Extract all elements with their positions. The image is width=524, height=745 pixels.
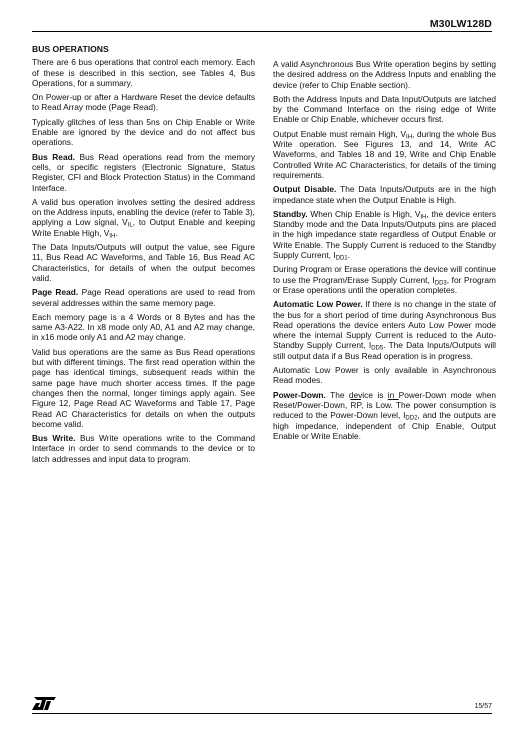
section-title: BUS OPERATIONS bbox=[32, 44, 255, 54]
paragraph: Automatic Low Power is only available in… bbox=[273, 365, 496, 386]
run-in-heading: Power-Down. bbox=[273, 390, 326, 400]
paragraph: Output Enable must remain High, VIH, dur… bbox=[273, 129, 496, 180]
paragraph: A valid Asynchronous Bus Write operation… bbox=[273, 59, 496, 90]
paragraph: On Power-up or after a Hardware Reset th… bbox=[32, 92, 255, 113]
paragraph: Typically glitches of less than 5ns on C… bbox=[32, 117, 255, 148]
paragraph-power-down: Power-Down. The device is in Power-Down … bbox=[273, 390, 496, 441]
paragraph-output-disable: Output Disable. The Data Inputs/Outputs … bbox=[273, 184, 496, 205]
paragraph: The Data Inputs/Outputs will output the … bbox=[32, 242, 255, 283]
header-divider bbox=[32, 31, 492, 32]
paragraph: A valid bus operation involves setting t… bbox=[32, 197, 255, 238]
paragraph-bus-read: Bus Read. Bus Read operations read from … bbox=[32, 152, 255, 193]
rp-signal: RP bbox=[350, 400, 361, 410]
paragraph-page-read: Page Read. Page Read operations are used… bbox=[32, 287, 255, 308]
run-in-heading: Bus Read. bbox=[32, 152, 75, 162]
right-column: A valid Asynchronous Bus Write operation… bbox=[273, 59, 496, 445]
paragraph: Valid bus operations are the same as Bus… bbox=[32, 347, 255, 429]
paragraph: Both the Address Inputs and Data Input/O… bbox=[273, 94, 496, 125]
paragraph: During Program or Erase operations the d… bbox=[273, 264, 496, 295]
st-logo-icon bbox=[32, 697, 56, 710]
document-title: M30LW128D bbox=[430, 18, 492, 30]
page-number: 15/57 bbox=[474, 703, 492, 710]
run-in-heading: Output Disable. bbox=[273, 184, 336, 194]
paragraph-bus-write: Bus Write. Bus Write operations write to… bbox=[32, 433, 255, 464]
footer-divider bbox=[32, 713, 492, 714]
run-in-heading: Bus Write. bbox=[32, 433, 75, 443]
paragraph-standby: Standby. When Chip Enable is High, VIH, … bbox=[273, 209, 496, 260]
paragraph: Each memory page is a 4 Words or 8 Bytes… bbox=[32, 312, 255, 343]
paragraph: There are 6 bus operations that control … bbox=[32, 57, 255, 88]
run-in-heading: Page Read. bbox=[32, 287, 78, 297]
run-in-heading: Standby. bbox=[273, 209, 308, 219]
run-in-heading: Automatic Low Power. bbox=[273, 299, 363, 309]
left-column: BUS OPERATIONS There are 6 bus operation… bbox=[32, 44, 255, 468]
paragraph-automatic-low-power: Automatic Low Power. If there is no chan… bbox=[273, 299, 496, 361]
